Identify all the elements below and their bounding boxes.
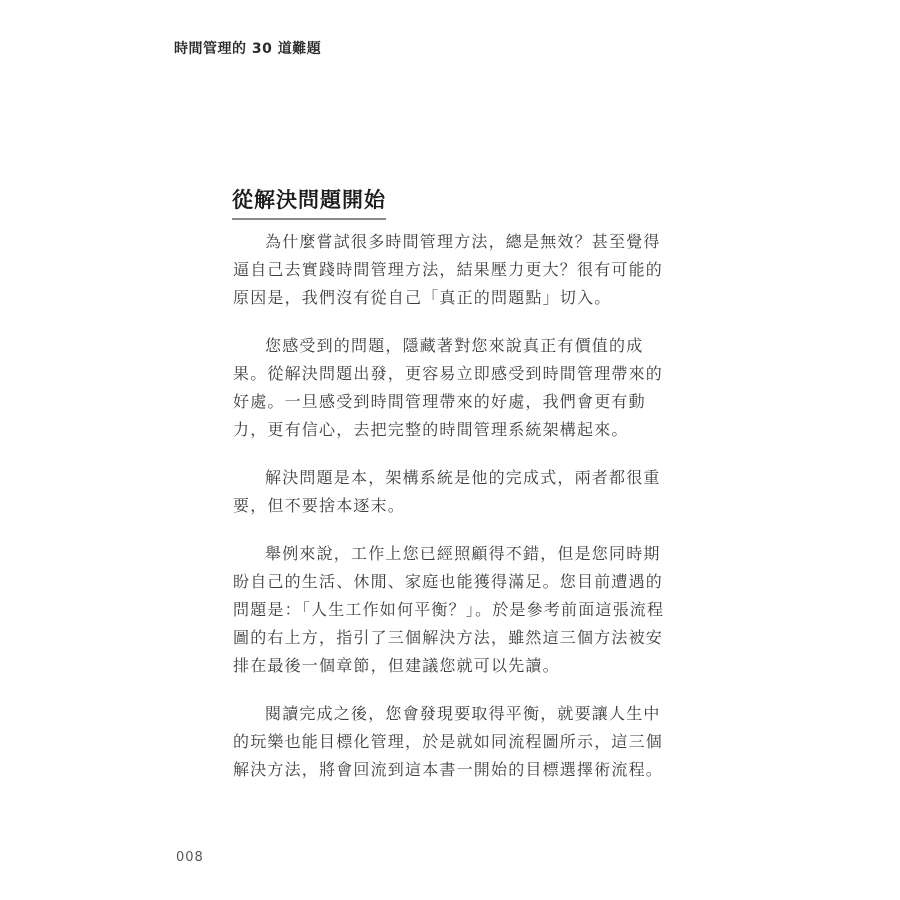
body-text: 為什麼嘗試很多時間管理方法，總是無效？甚至覺得逼自己去實踐時間管理方法，結果壓力…: [233, 228, 673, 804]
running-head: 時間管理的 30 道難題: [174, 38, 321, 58]
paragraph: 閱讀完成之後，您會發現要取得平衡，就要讓人生中的玩樂也能目標化管理，於是就如同流…: [233, 700, 673, 784]
paragraph: 您感受到的問題，隱藏著對您來說真正有價值的成果。從解決問題出發，更容易立即感受到…: [233, 332, 673, 444]
paragraph: 為什麼嘗試很多時間管理方法，總是無效？甚至覺得逼自己去實踐時間管理方法，結果壓力…: [233, 228, 673, 312]
page-number: 008: [176, 850, 204, 865]
paragraph: 解決問題是本，架構系統是他的完成式，兩者都很重要，但不要捨本逐末。: [233, 464, 673, 520]
paragraph: 舉例來說，工作上您已經照顧得不錯，但是您同時期盼自己的生活、休閒、家庭也能獲得滿…: [233, 540, 673, 680]
section-heading: 從解決問題開始: [232, 184, 386, 220]
